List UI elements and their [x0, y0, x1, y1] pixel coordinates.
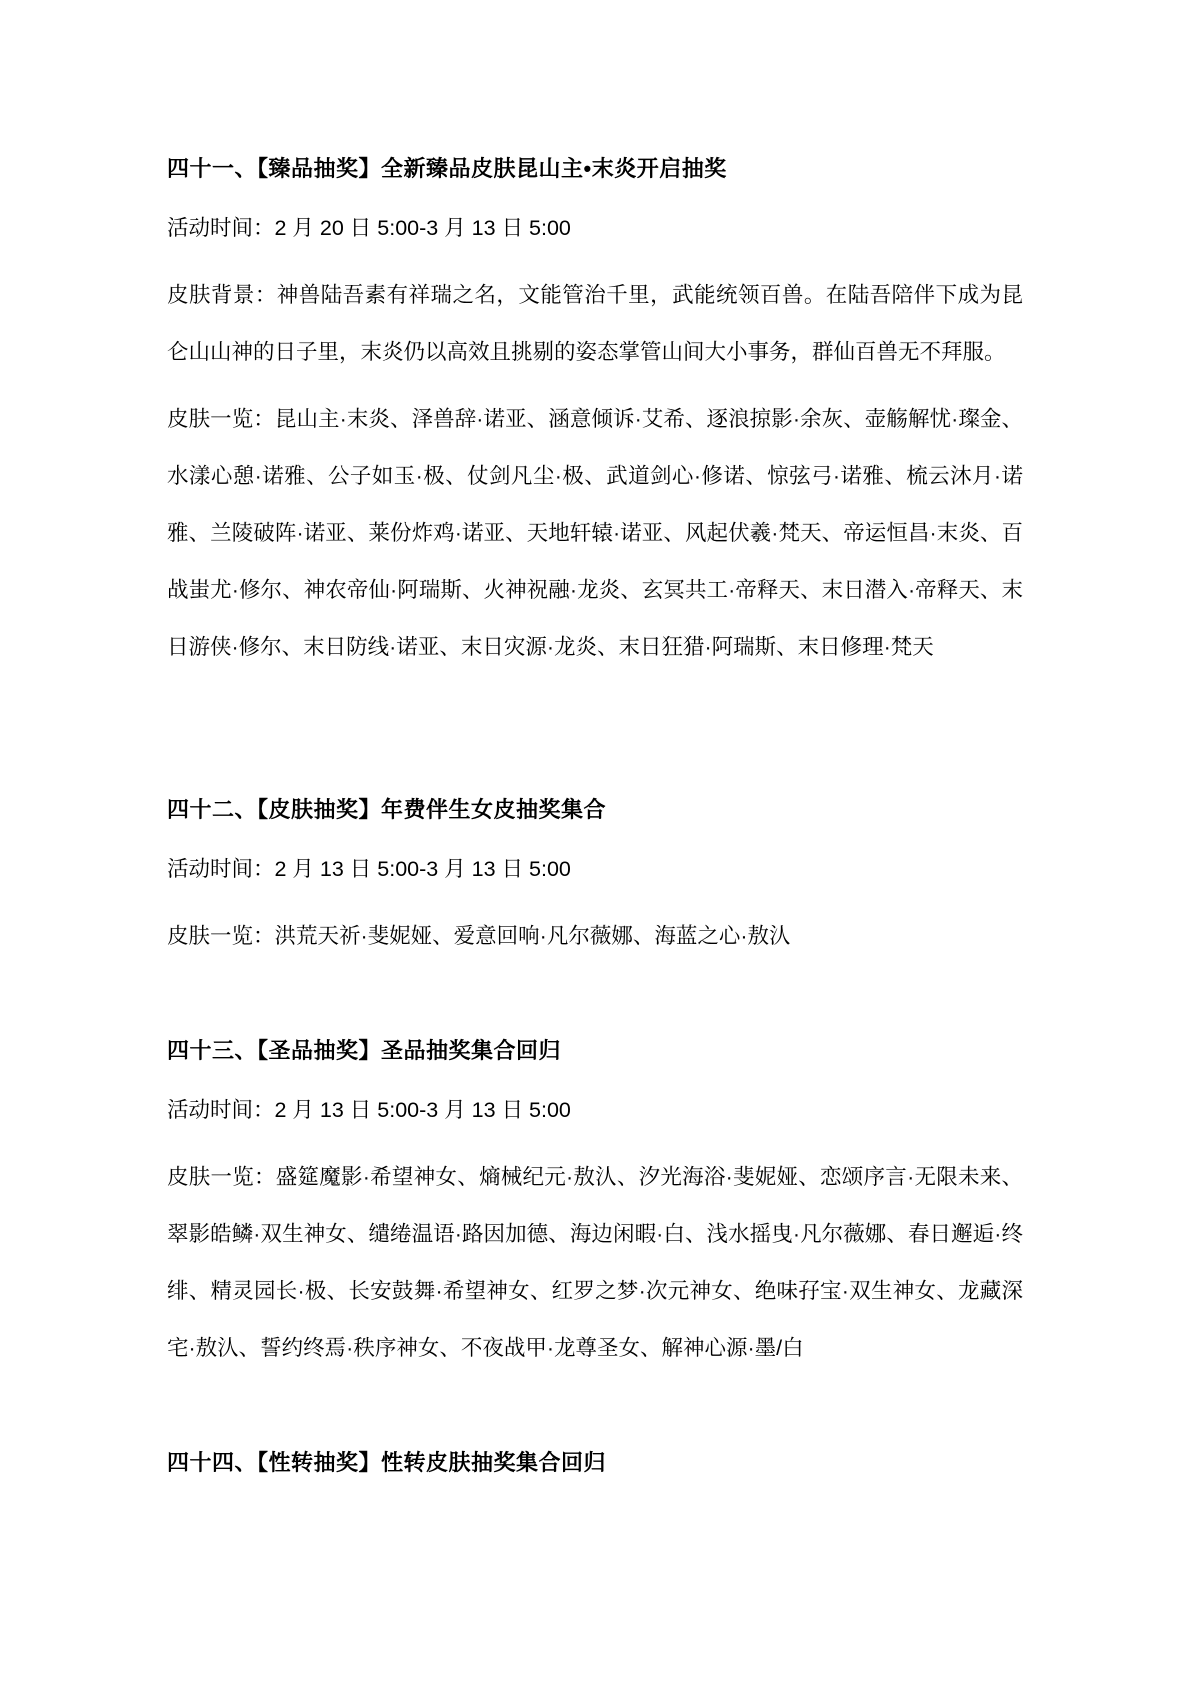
- document-section: 四十三、【圣品抽奖】圣品抽奖集合回归 活动时间：2 月 13 日 5:00-3 …: [167, 1022, 1023, 1377]
- section-paragraph: 活动时间：2 月 13 日 5:00-3 月 13 日 5:00: [167, 841, 1023, 898]
- section-heading: 四十四、【性转抽奖】性转皮肤抽奖集合回归: [167, 1434, 1023, 1491]
- section-paragraph: 皮肤一览：昆山主·末炎、泽兽辞·诺亚、涵意倾诉·艾希、逐浪掠影·余灰、壶觞解忧·…: [167, 391, 1023, 676]
- document-section: 四十四、【性转抽奖】性转皮肤抽奖集合回归: [167, 1434, 1023, 1491]
- section-paragraph: 皮肤一览：盛筵魔影·希望神女、熵械纪元·敖汄、汐光海浴·斐妮娅、恋颂序言·无限未…: [167, 1149, 1023, 1377]
- section-paragraph: 活动时间：2 月 13 日 5:00-3 月 13 日 5:00: [167, 1082, 1023, 1139]
- section-paragraph: 活动时间：2 月 20 日 5:00-3 月 13 日 5:00: [167, 200, 1023, 257]
- section-heading: 四十一、【臻品抽奖】全新臻品皮肤昆山主•末炎开启抽奖: [167, 140, 1023, 197]
- section-paragraph: 皮肤一览：洪荒天祈·斐妮娅、爱意回响·凡尔薇娜、海蓝之心·敖汄: [167, 908, 1023, 965]
- section-paragraph: 皮肤背景：神兽陆吾素有祥瑞之名，文能管治千里，武能统领百兽。在陆吾陪伴下成为昆仑…: [167, 267, 1023, 381]
- document-section: 四十二、【皮肤抽奖】年费伴生女皮抽奖集合 活动时间：2 月 13 日 5:00-…: [167, 781, 1023, 965]
- document-section: 四十一、【臻品抽奖】全新臻品皮肤昆山主•末炎开启抽奖 活动时间：2 月 20 日…: [167, 140, 1023, 676]
- document-page: 四十一、【臻品抽奖】全新臻品皮肤昆山主•末炎开启抽奖 活动时间：2 月 20 日…: [0, 0, 1190, 1491]
- document-body: 四十一、【臻品抽奖】全新臻品皮肤昆山主•末炎开启抽奖 活动时间：2 月 20 日…: [167, 140, 1023, 1491]
- section-heading: 四十三、【圣品抽奖】圣品抽奖集合回归: [167, 1022, 1023, 1079]
- section-heading: 四十二、【皮肤抽奖】年费伴生女皮抽奖集合: [167, 781, 1023, 838]
